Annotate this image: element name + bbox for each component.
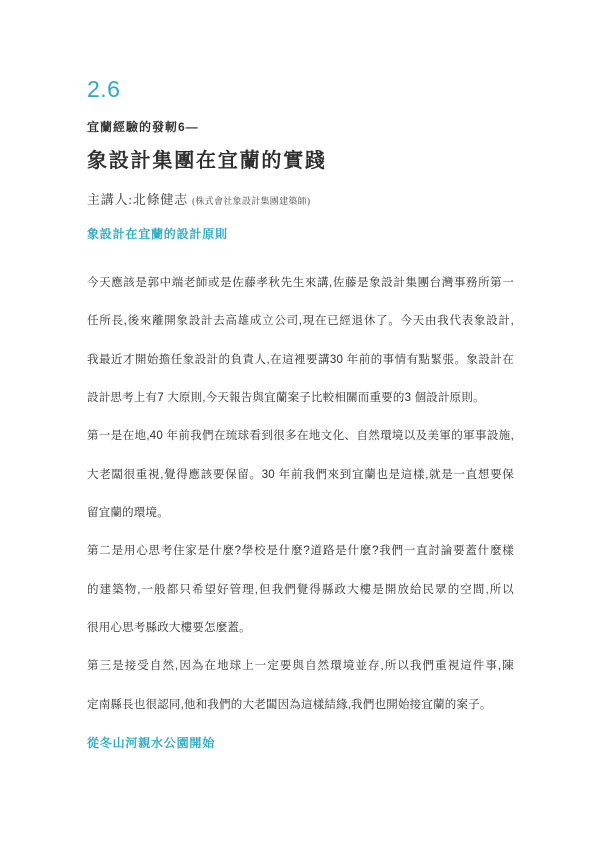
document-page: 2.6 宜蘭經驗的發軔6— 象設計集團在宜蘭的實踐 主講人:北條健志 (株式會社… [0, 0, 600, 848]
body-line: 留宜蘭的環境。 [87, 494, 514, 532]
speaker-line: 主講人:北條健志 (株式會社象設計集團建築師) [87, 190, 514, 211]
body-line: 定南縣長也很認同,他和我們的大老闆因為這樣結緣,我們也開始接宜蘭的案子。 [87, 686, 514, 724]
body-line: 任所長,後來離開象設計去高雄成立公司,現在已經退休了。今天由我代表象設計, [87, 302, 514, 340]
body-lines: 今天應該是郭中端老師或是佐藤孝秋先生來講,佐藤是象設計集團台灣事務所第一任所長,… [87, 264, 514, 724]
body-line: 我最近才開始擔任象設計的負責人,在這裡要講30 年前的事情有點緊張。象設計在 [87, 341, 514, 379]
speaker-affiliation: (株式會社象設計集團建築師) [192, 196, 310, 206]
section-heading-design-principles: 象設計在宜蘭的設計原則 [87, 226, 514, 243]
series-title: 宜蘭經驗的發軔6— [87, 119, 514, 136]
body-line: 第一是在地,40 年前我們在琉球看到很多在地文化、自然環境以及美軍的軍事設施, [87, 417, 514, 455]
section-number: 2.6 [87, 75, 514, 103]
body-line: 今天應該是郭中端老師或是佐藤孝秋先生來講,佐藤是象設計集團台灣事務所第一 [87, 264, 514, 302]
body-line: 的建築物,一般都只希望好管理,但我們覺得縣政大樓是開放給民眾的空間,所以 [87, 571, 514, 609]
body-line: 第二是用心思考住家是什麼?學校是什麼?道路是什麼?我們一直討論要蓋什麼樣 [87, 532, 514, 570]
body-line: 第三是接受自然,因為在地球上一定要與自然環境並存,所以我們重視這件事,陳 [87, 647, 514, 685]
speaker-name: 主講人:北條健志 [87, 192, 188, 207]
section-heading-dongshan-river: 從冬山河親水公園開始 [87, 724, 514, 762]
body-line: 大老闆很重視,覺得應該要保留。30 年前我們來到宜蘭也是這樣,就是一直想要保 [87, 456, 514, 494]
page-title: 象設計集團在宜蘭的實踐 [87, 146, 514, 177]
body-line: 設計思考上有7 大原則,今天報告與宜蘭案子比較相關而重要的3 個設計原則。 [87, 379, 514, 417]
body-line: 很用心思考縣政大樓要怎麼蓋。 [87, 609, 514, 647]
